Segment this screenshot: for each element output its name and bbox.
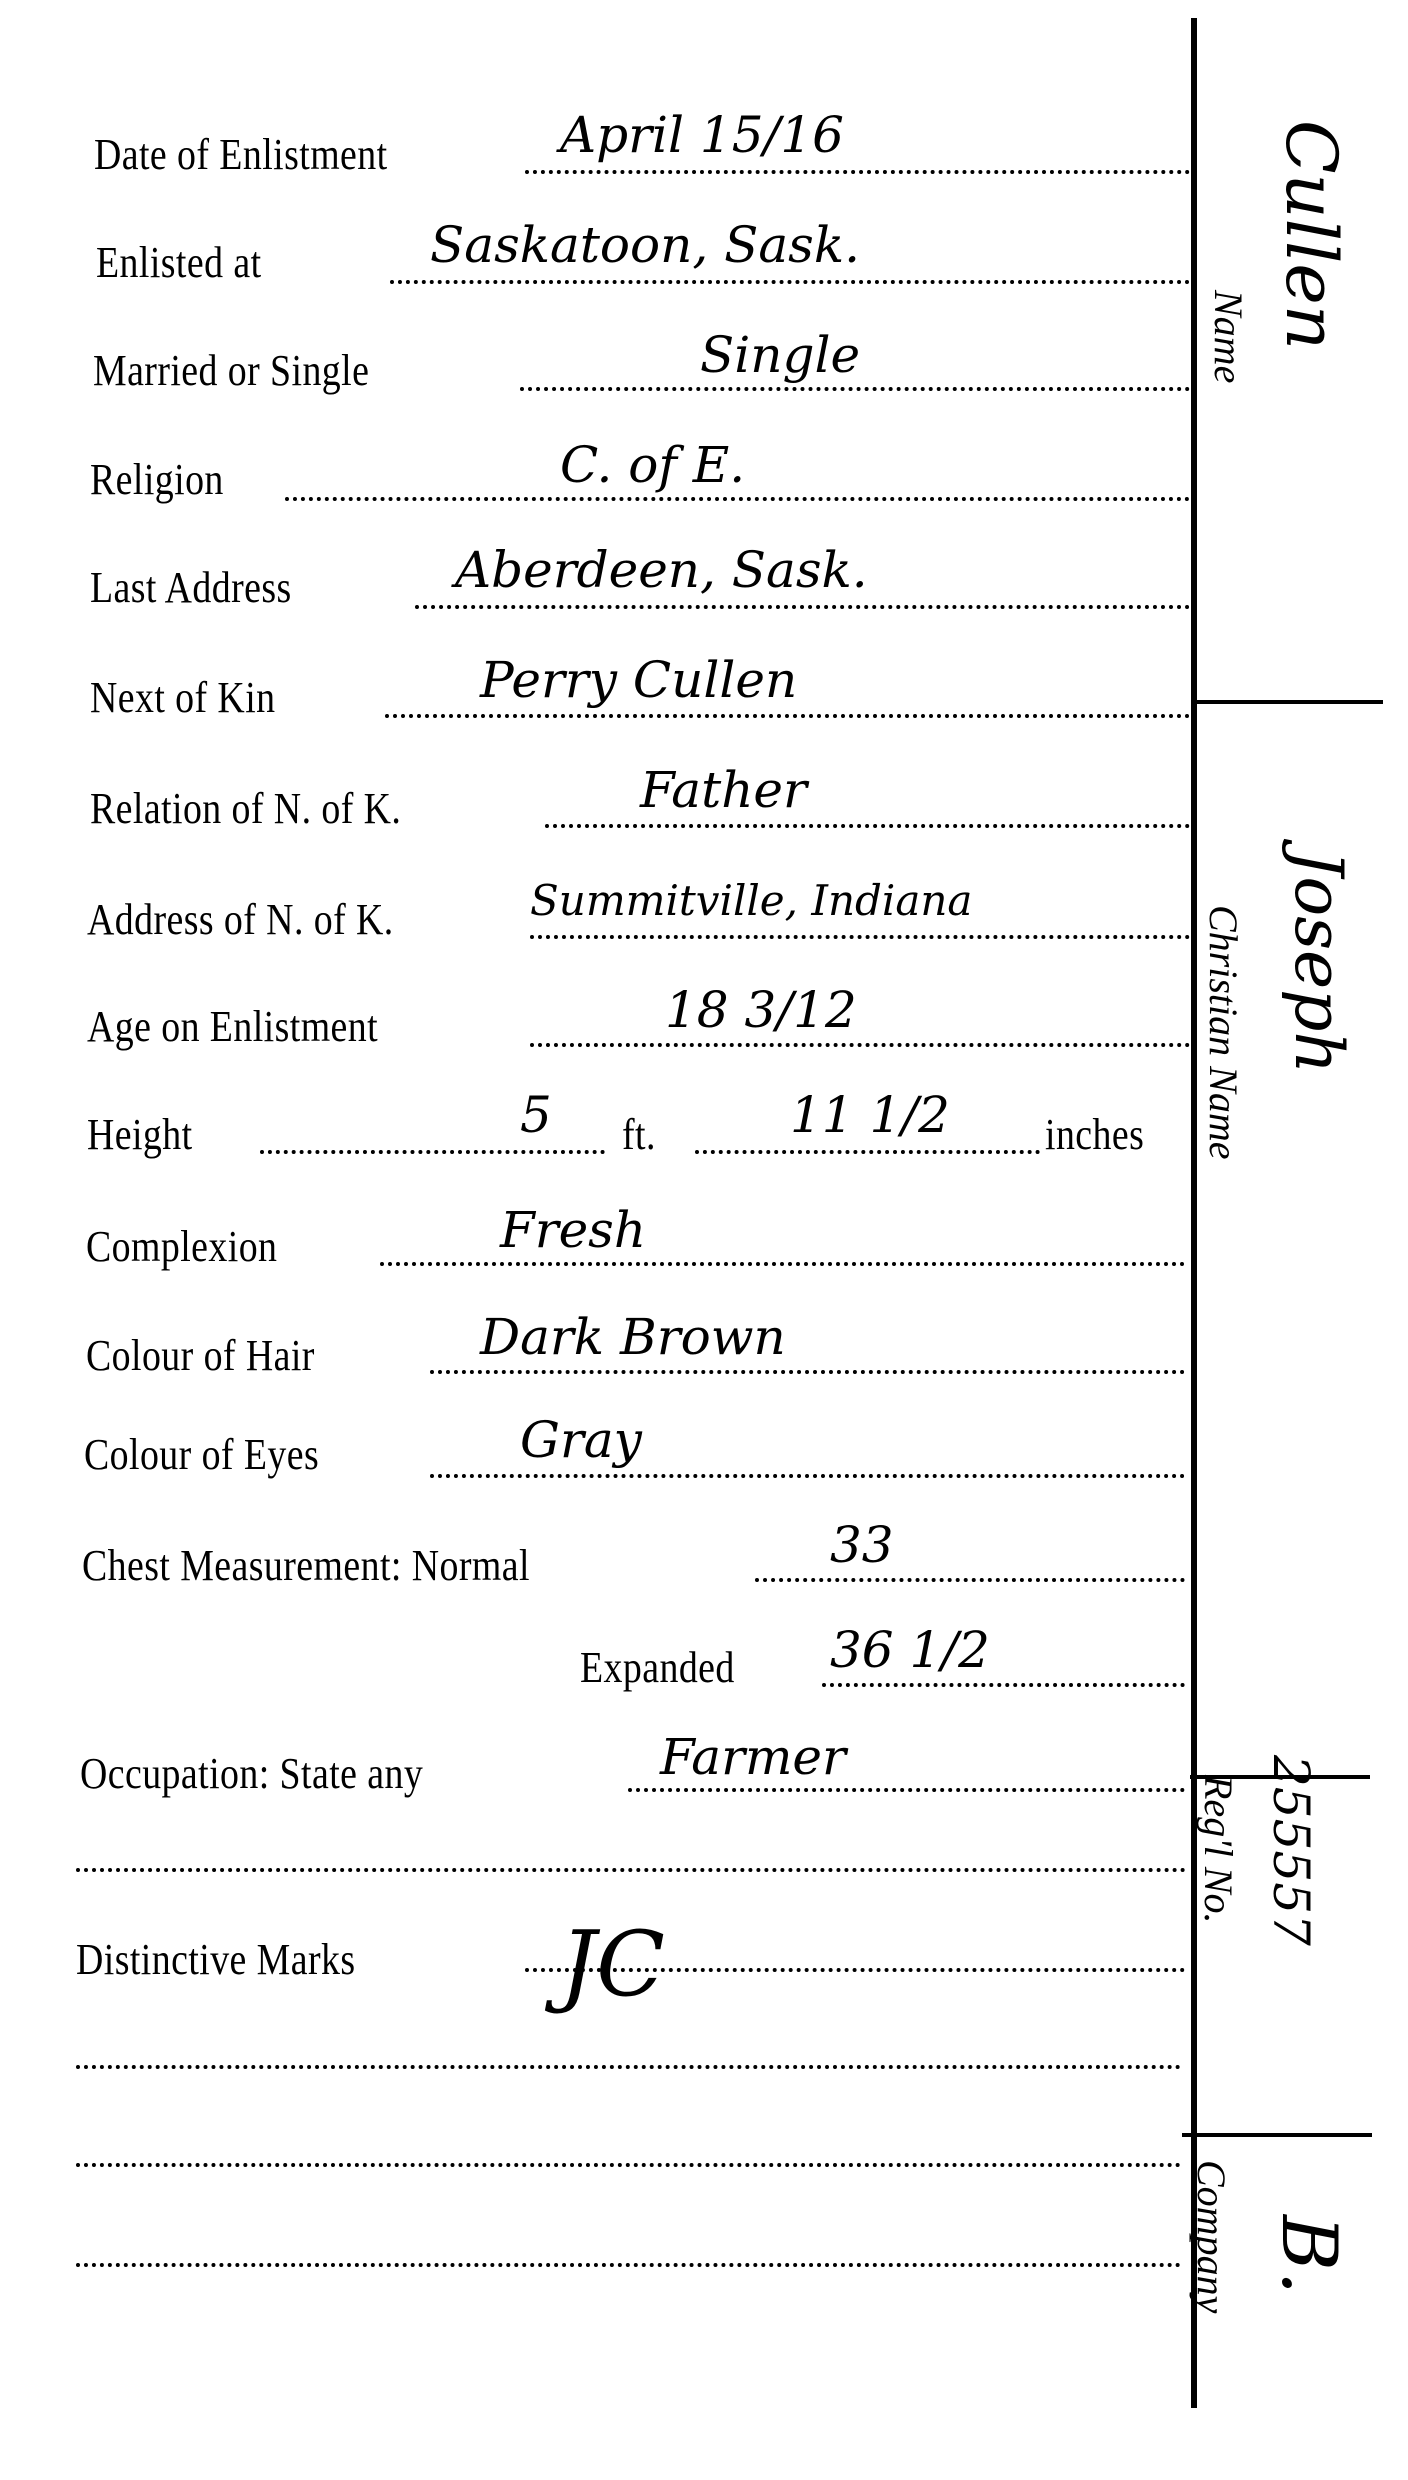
relation-of-next-of-kin-label: Relation of N. of K. [90,787,401,831]
relation-of-next-of-kin-value: Father [640,765,807,815]
height-feet-value: 5 [520,1090,552,1140]
enlisted-at-line [390,280,1190,284]
date-of-enlistment-value: April 15/16 [560,110,844,160]
height-feet-unit: ft. [622,1113,656,1157]
name-label: Name [1205,290,1252,383]
colour-of-eyes-value: Gray [520,1415,642,1465]
next-of-kin-line [385,714,1190,718]
married-or-single-label: Married or Single [93,349,369,393]
regl-no-label: Reg'l No. [1195,1775,1242,1924]
last-address-value: Aberdeen, Sask. [455,545,868,595]
occupation-value: Farmer [660,1732,846,1782]
distinctive-marks-label: Distinctive Marks [76,1938,356,1982]
religion-label: Religion [90,458,224,502]
religion-value: C. of E. [560,440,745,490]
age-on-enlistment-label: Age on Enlistment [87,1005,378,1049]
married-or-single-value: Single [700,330,860,380]
distinctive-marks-line-3 [76,2163,1181,2167]
regl-no-value: 255557 [1262,1755,1320,1946]
enlisted-at-value: Saskatoon, Sask. [430,220,860,270]
height-feet-line [260,1150,605,1154]
complexion-label: Complexion [86,1225,277,1269]
age-on-enlistment-value: 18 3/12 [665,985,857,1035]
height-label: Height [87,1113,193,1157]
height-inches-unit: inches [1045,1113,1144,1157]
date-of-enlistment-label: Date of Enlistment [94,133,388,177]
side-divider-name [1193,700,1383,704]
height-inches-value: 11 1/2 [790,1090,950,1140]
name-value: Cullen [1270,120,1352,350]
side-divider-regl-no [1182,2133,1372,2137]
date-of-enlistment-line [525,170,1190,174]
colour-of-hair-value: Dark Brown [480,1312,786,1362]
next-of-kin-label: Next of Kin [90,676,275,720]
next-of-kin-value: Perry Cullen [480,655,797,705]
address-of-next-of-kin-value: Summitville, Indiana [530,880,972,922]
christian-name-value: Joseph [1280,850,1357,1074]
last-address-line [415,605,1190,609]
christian-name-label: Christian Name [1200,905,1247,1159]
address-of-next-of-kin-label: Address of N. of K. [87,898,394,942]
distinctive-marks-line-2 [76,2065,1181,2069]
enlisted-at-label: Enlisted at [96,241,262,285]
colour-of-eyes-line [430,1474,1185,1478]
colour-of-eyes-label: Colour of Eyes [84,1433,319,1477]
address-of-next-of-kin-line [530,935,1190,939]
side-divider-vertical [1191,18,1197,2408]
religion-line [285,497,1190,501]
chest-expanded-value: 36 1/2 [830,1625,990,1675]
chest-normal-value: 33 [830,1520,894,1570]
chest-normal-line [755,1578,1185,1582]
chest-expanded-label: Expanded [580,1646,735,1690]
occupation-line [628,1788,1185,1792]
colour-of-hair-line [430,1370,1185,1374]
company-label: Company [1188,2160,1235,2313]
complexion-value: Fresh [500,1205,646,1255]
age-on-enlistment-line [530,1043,1190,1047]
chest-expanded-line [822,1683,1185,1687]
married-or-single-line [520,387,1190,391]
relation-of-next-of-kin-line [545,824,1190,828]
chest-normal-label: Chest Measurement: Normal [82,1544,530,1588]
company-value: B. [1265,2215,1354,2295]
distinctive-marks-line-4 [76,2263,1181,2267]
occupation-label: Occupation: State any [80,1752,423,1796]
officer-initials: JC [560,1920,665,2010]
occupation-continuation-line [76,1868,1186,1872]
colour-of-hair-label: Colour of Hair [86,1334,315,1378]
complexion-line [380,1262,1185,1266]
height-inches-line [695,1150,1040,1154]
last-address-label: Last Address [90,566,292,610]
